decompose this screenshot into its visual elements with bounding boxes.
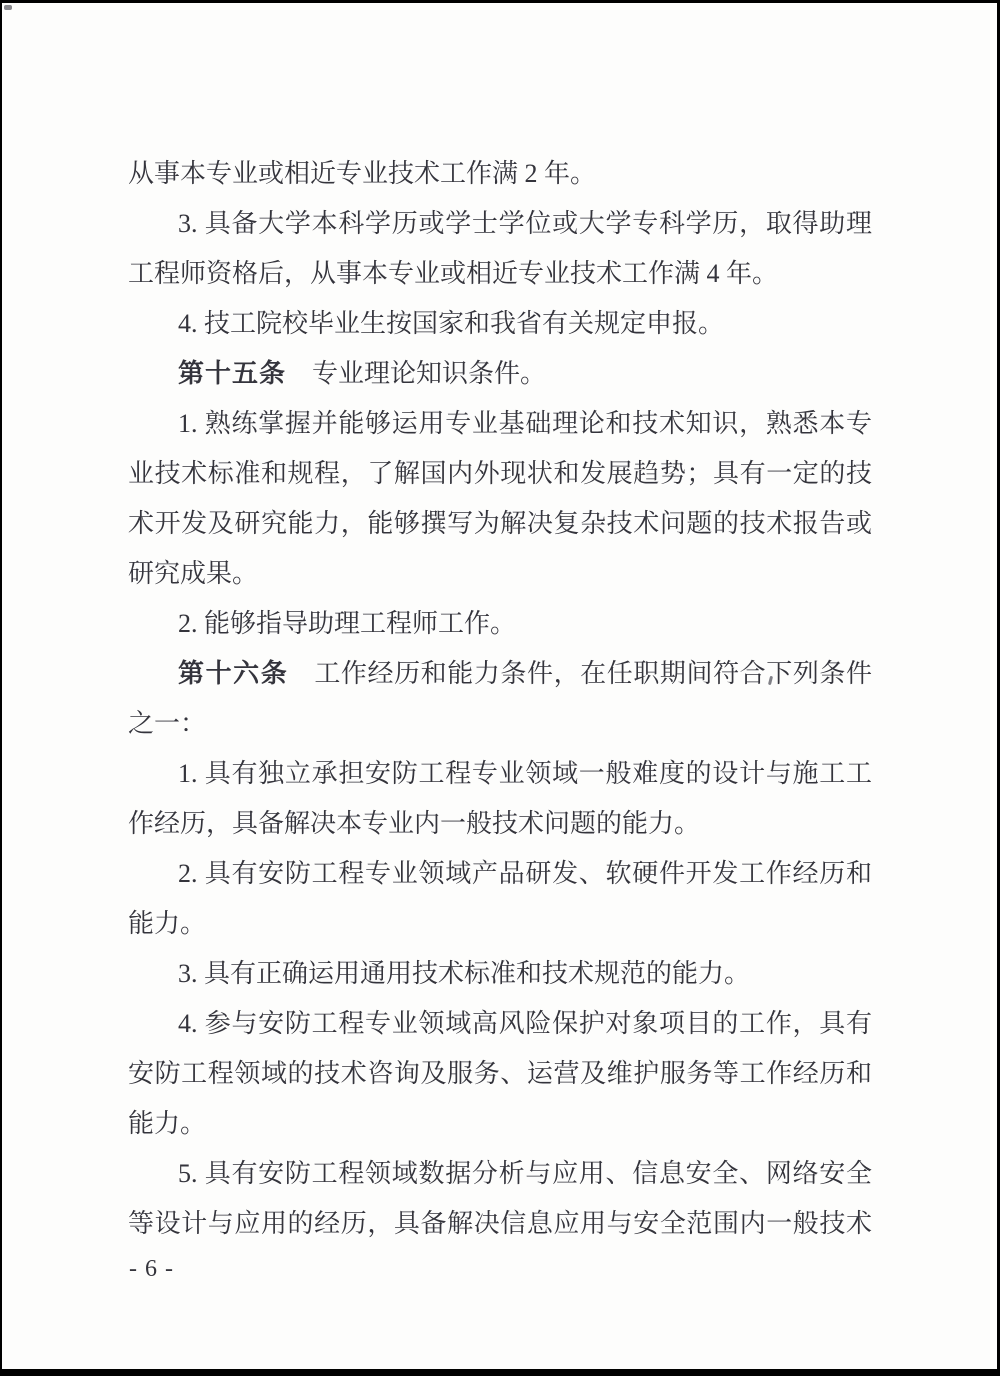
text-line: 2. 能够指导助理工程师工作。 bbox=[128, 599, 872, 649]
text-line: 术开发及研究能力，能够撰写为解决复杂技术问题的技术报告或 bbox=[128, 499, 872, 549]
line-text: 术开发及研究能力，能够撰写为解决复杂技术问题的技术报告或 bbox=[128, 509, 872, 538]
line-text: 4. 参与安防工程专业领域高风险保护对象项目的工作，具有 bbox=[178, 1009, 872, 1038]
scan-smudge bbox=[4, 5, 12, 10]
line-text: 业技术标准和规程，了解国内外现状和发展趋势；具有一定的技 bbox=[128, 459, 872, 488]
text-line: 业技术标准和规程，了解国内外现状和发展趋势；具有一定的技 bbox=[128, 449, 872, 499]
text-line: 5. 具有安防工程领域数据分析与应用、信息安全、网络安全 bbox=[128, 1149, 872, 1199]
page-number: - 6 - bbox=[129, 1253, 174, 1285]
text-line: 研究成果。 bbox=[128, 549, 872, 599]
text-line: 从事本专业或相近专业技术工作满 2 年。 bbox=[128, 149, 872, 199]
line-text: 等设计与应用的经历，具备解决信息应用与安全范围内一般技术 bbox=[128, 1209, 872, 1238]
line-text: 工作经历和能力条件，在任职期间符合下列条件 bbox=[314, 659, 872, 688]
text-line: 3. 具备大学本科学历或学士学位或大学专科学历，取得助理 bbox=[128, 199, 872, 249]
text-line: 1. 熟练掌握并能够运用专业基础理论和技术知识，熟悉本专 bbox=[128, 399, 872, 449]
document-page: 从事本专业或相近专业技术工作满 2 年。3. 具备大学本科学历或学士学位或大学专… bbox=[0, 0, 1000, 1376]
line-text: 2. 能够指导助理工程师工作。 bbox=[178, 609, 516, 638]
text-line: 第十六条工作经历和能力条件，在任职期间符合下列条件 bbox=[128, 649, 872, 699]
text-line: 能力。 bbox=[128, 1099, 872, 1149]
line-bold-term: 第十六条 bbox=[178, 659, 288, 688]
line-text: 能力。 bbox=[128, 1109, 206, 1138]
text-line: 工程师资格后，从事本专业或相近专业技术工作满 4 年。 bbox=[128, 249, 872, 299]
line-text: 2. 具有安防工程专业领域产品研发、软硬件开发工作经历和 bbox=[178, 859, 872, 888]
text-line: 1. 具有独立承担安防工程专业领域一般难度的设计与施工工 bbox=[128, 749, 872, 799]
text-block: 从事本专业或相近专业技术工作满 2 年。3. 具备大学本科学历或学士学位或大学专… bbox=[128, 149, 872, 1249]
line-text: 研究成果。 bbox=[128, 559, 258, 588]
text-line: 2. 具有安防工程专业领域产品研发、软硬件开发工作经历和 bbox=[128, 849, 872, 899]
line-text: 3. 具有正确运用通用技术标准和技术规范的能力。 bbox=[178, 959, 750, 988]
line-text: 1. 熟练掌握并能够运用专业基础理论和技术知识，熟悉本专 bbox=[178, 409, 872, 438]
line-text: 5. 具有安防工程领域数据分析与应用、信息安全、网络安全 bbox=[178, 1159, 872, 1188]
line-text: 之一： bbox=[128, 709, 206, 738]
line-text: 作经历，具备解决本专业内一般技术问题的能力。 bbox=[128, 809, 700, 838]
line-bold-term: 第十五条 bbox=[178, 359, 286, 388]
text-line: 能力。 bbox=[128, 899, 872, 949]
screenshot-root: { "document": { "colors": { "ink": "#343… bbox=[0, 0, 1000, 1376]
line-text: 3. 具备大学本科学历或学士学位或大学专科学历，取得助理 bbox=[178, 209, 872, 238]
text-line: 安防工程领域的技术咨询及服务、运营及维护服务等工作经历和 bbox=[128, 1049, 872, 1099]
text-line: 等设计与应用的经历，具备解决信息应用与安全范围内一般技术 bbox=[128, 1199, 872, 1249]
text-line: 作经历，具备解决本专业内一般技术问题的能力。 bbox=[128, 799, 872, 849]
text-line: 第十五条专业理论知识条件。 bbox=[128, 349, 872, 399]
line-text: 工程师资格后，从事本专业或相近专业技术工作满 4 年。 bbox=[128, 259, 778, 288]
line-text: 4. 技工院校毕业生按国家和我省有关规定申报。 bbox=[178, 309, 724, 338]
line-text: 1. 具有独立承担安防工程专业领域一般难度的设计与施工工 bbox=[178, 759, 872, 788]
text-line: 之一： bbox=[128, 699, 872, 749]
text-line: 3. 具有正确运用通用技术标准和技术规范的能力。 bbox=[128, 949, 872, 999]
text-line: 4. 技工院校毕业生按国家和我省有关规定申报。 bbox=[128, 299, 872, 349]
line-text: 能力。 bbox=[128, 909, 206, 938]
text-line: 4. 参与安防工程专业领域高风险保护对象项目的工作，具有 bbox=[128, 999, 872, 1049]
line-text: 从事本专业或相近专业技术工作满 2 年。 bbox=[128, 159, 596, 188]
line-text: 专业理论知识条件。 bbox=[312, 359, 546, 388]
line-text: 安防工程领域的技术咨询及服务、运营及维护服务等工作经历和 bbox=[128, 1059, 872, 1088]
